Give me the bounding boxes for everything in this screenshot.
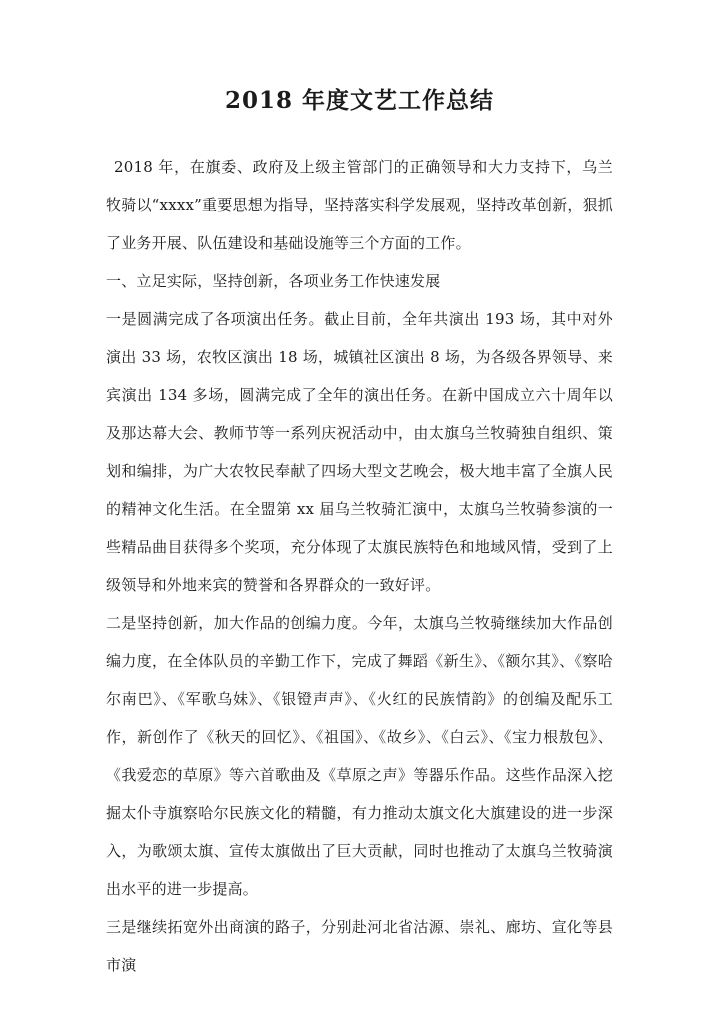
document-page: 2018 年度文艺工作总结 2018 年，在旗委、政府及上级主管部门的正确领导和… bbox=[0, 0, 721, 1020]
section-heading-1: 一、立足实际，坚持创新，各项业务工作快速发展 bbox=[106, 262, 613, 300]
document-content: 2018 年度文艺工作总结 2018 年，在旗委、政府及上级主管部门的正确领导和… bbox=[0, 0, 721, 984]
paragraph-intro: 2018 年，在旗委、政府及上级主管部门的正确领导和大力支持下，乌兰牧骑以“xx… bbox=[106, 148, 613, 262]
document-title: 2018 年度文艺工作总结 bbox=[106, 84, 613, 118]
paragraph-point-2: 二是坚持创新，加大作品的创编力度。今年，太旗乌兰牧骑继续加大作品创编力度，在全体… bbox=[106, 604, 613, 908]
paragraph-point-1: 一是圆满完成了各项演出任务。截止目前，全年共演出 193 场，其中对外演出 33… bbox=[106, 300, 613, 604]
paragraph-point-3: 三是继续拓宽外出商演的路子，分别赴河北省沽源、崇礼、廊坊、宣化等县市演 bbox=[106, 908, 613, 984]
